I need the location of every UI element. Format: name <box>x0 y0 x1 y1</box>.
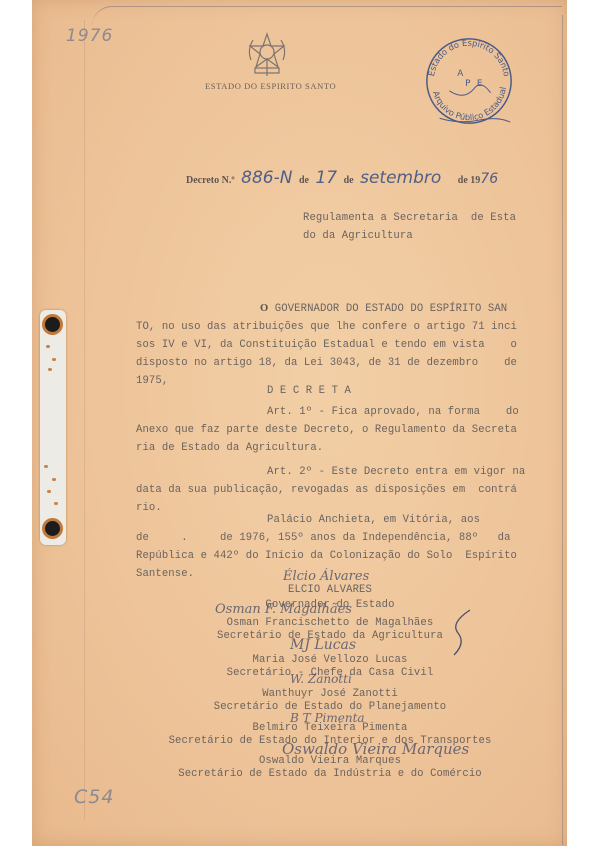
svg-text:A: A <box>457 69 463 79</box>
article-line: Anexo que faz parte deste Decreto, o Reg… <box>136 421 519 439</box>
closing-line: Palácio Anchieta, em Vitória, aos <box>136 511 517 529</box>
svg-text:Estado do Espírito Santo: Estado do Espírito Santo <box>426 38 512 78</box>
label-de: de <box>344 175 354 186</box>
rust-spot <box>48 368 52 371</box>
article-1: Art. 1º - Fica aprovado, na forma doAnex… <box>136 403 519 457</box>
letterhead-title: ESTADO DO ESPIRITO SANTO <box>205 81 336 91</box>
signatory-name: Osman Francischetto de Magalhães <box>180 617 480 630</box>
decree-summary: Regulamenta a Secretaria de Estado da Ag… <box>303 209 516 245</box>
label-de: de <box>299 175 309 186</box>
signatory-industry: Oswaldo Vieira MarquesSecretário de Esta… <box>150 755 510 781</box>
signatory-name: Oswaldo Vieira Marques <box>150 755 510 768</box>
closing-line: de . de 1976, 155º anos da Independência… <box>136 529 517 547</box>
fold-line <box>84 20 85 820</box>
preamble-line: TO, no uso das atribuições que lhe confe… <box>136 318 517 336</box>
binder-clip <box>40 310 66 545</box>
signature-flourish-icon <box>440 605 480 660</box>
signatory-name: Belmiro Teixeira Pimenta <box>150 722 510 735</box>
signatory-title: Secretário de Estado da Indústria e do C… <box>150 768 510 781</box>
preamble-line: disposto no artigo 18, da Lei 3043, de 3… <box>136 354 517 372</box>
article-line: Art. 2º - Este Decreto entra em vigor na <box>136 463 525 481</box>
decree-header: Decreto N.º 886-N de 17 de setembro de 1… <box>186 168 498 188</box>
rust-spot <box>44 465 48 468</box>
pencil-note-code: C54 <box>74 786 114 808</box>
decree-year-suffix: 76 <box>480 171 498 187</box>
signature-casa-civil: MJ Lucas <box>290 637 356 653</box>
pencil-note-year: 1976 <box>66 26 113 46</box>
pencil-line <box>92 6 562 27</box>
article-line: ria de Estado da Agricultura. <box>136 439 519 457</box>
article-2: Art. 2º - Este Decreto entra em vigor na… <box>136 463 525 517</box>
signatory-name: Wanthuyr José Zanotti <box>180 688 480 701</box>
preamble: O GOVERNADOR DO ESTADO DO ESPÍRITO SANTO… <box>136 300 517 390</box>
decree-number: 886-N <box>241 168 292 188</box>
signatory-name: ELCIO ALVARES <box>180 583 480 598</box>
label-de-year: de 19 <box>458 175 481 186</box>
preamble-line: GOVERNADOR DO ESTADO DO ESPÍRITO SAN <box>268 303 507 315</box>
rust-spot <box>52 478 56 481</box>
rust-spot <box>46 345 50 348</box>
binder-hole-icon <box>45 317 60 332</box>
archive-stamp-icon: Estado do Espírito Santo Arquivo Público… <box>420 32 518 130</box>
decree-label: Decreto N.º <box>186 175 235 186</box>
rust-spot <box>54 502 58 505</box>
decree-month: setembro <box>360 168 441 188</box>
page-edge <box>562 15 563 845</box>
binder-hole-icon <box>45 521 60 536</box>
signature-agriculture: Osman F. Magalhães <box>215 602 352 617</box>
rust-spot <box>52 358 56 361</box>
summary-line: Regulamenta a Secretaria de Esta <box>303 209 516 227</box>
signatory-name: Maria José Vellozo Lucas <box>180 654 480 667</box>
decree-day: 17 <box>315 168 337 188</box>
article-line: Art. 1º - Fica aprovado, na forma do <box>136 403 519 421</box>
summary-line: do da Agricultura <box>303 227 516 245</box>
svg-text:P: P <box>465 79 471 89</box>
rust-spot <box>47 490 51 493</box>
svg-text:Arquivo Público Estadual: Arquivo Público Estadual <box>431 86 508 122</box>
coat-of-arms-icon <box>243 30 291 78</box>
decreta-heading: D E C R E T A <box>267 382 351 400</box>
closing-line: República e 442º do Início da Colonizaçã… <box>136 547 517 565</box>
article-line: data da sua publicação, revogadas as dis… <box>136 481 525 499</box>
svg-text:E: E <box>477 79 483 89</box>
signature-governor: Élcio Álvares <box>283 569 369 584</box>
signature-planning: W. Zanotti <box>290 672 352 686</box>
preamble-line: sos IV e VI, da Constituição Estadual e … <box>136 336 517 354</box>
